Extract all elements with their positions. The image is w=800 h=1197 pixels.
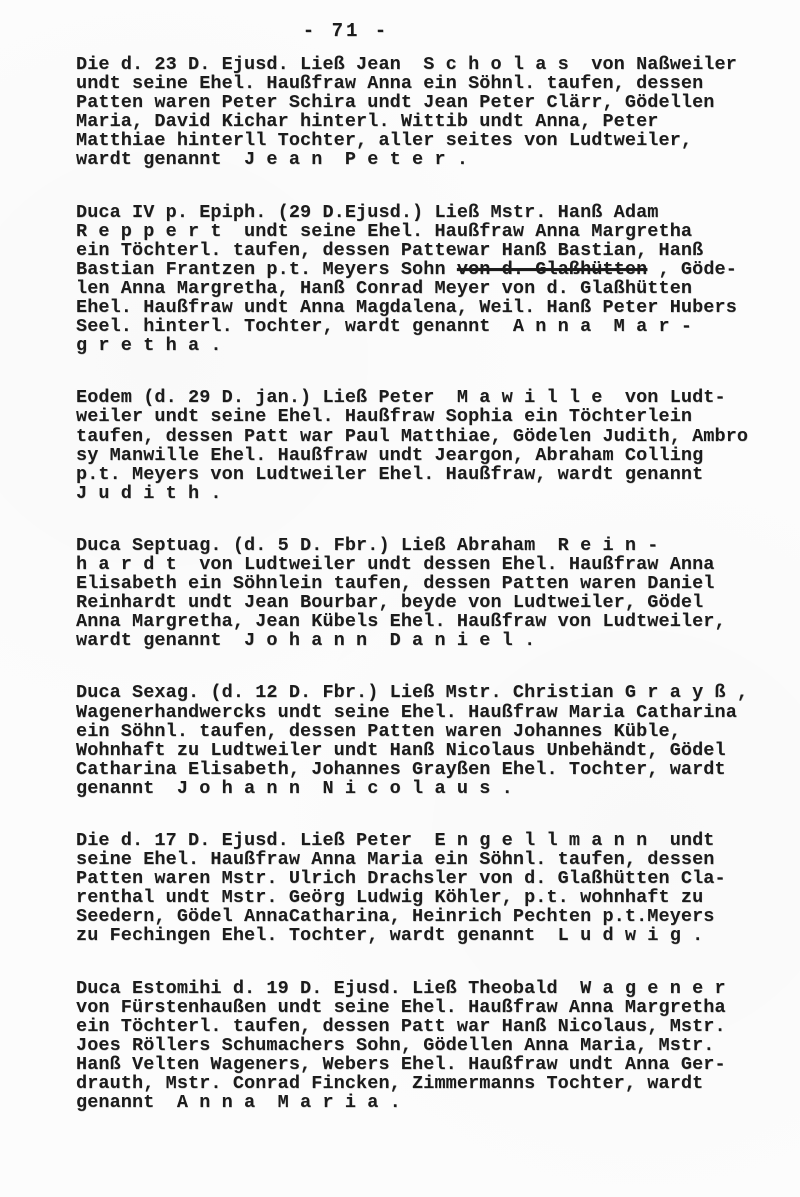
text-segment: renthal undt Mstr. Geörg Ludwig Köhler, … [76, 887, 703, 908]
entry-line: Reinhardt undt Jean Bourbar, beyde von L… [76, 593, 782, 612]
text-segment: Joes Röllers Schumachers Sohn, Gödellen … [76, 1035, 715, 1056]
entry-line: Maria, David Kichar hinterl. Wittib undt… [76, 112, 782, 131]
document-page: - 71 - Die d. 23 D. Ejusd. Ließ Jean S c… [0, 0, 800, 1197]
entry-line: von Fürstenhaußen undt seine Ehel. Haußf… [76, 998, 782, 1017]
text-segment: wardt genannt J e a n P e t e r . [76, 149, 468, 170]
text-segment: drauth, Mstr. Conrad Fincken, Zimmermann… [76, 1073, 703, 1094]
text-segment: Patten waren Mstr. Ulrich Drachsler von … [76, 868, 726, 889]
entry-line: ein Söhnl. taufen, dessen Patten waren J… [76, 722, 782, 741]
text-segment: g r e t h a . [76, 335, 222, 356]
text-segment: sy Manwille Ehel. Haußfraw undt Jeargon,… [76, 445, 703, 466]
text-segment: seine Ehel. Haußfraw Anna Maria ein Söhn… [76, 849, 715, 870]
text-segment: Wagenerhandwercks undt seine Ehel. Haußf… [76, 702, 737, 723]
entry-line: J u d i t h . [76, 484, 782, 503]
text-segment: Duca Sexag. (d. 12 D. Fbr.) Ließ Mstr. C… [76, 682, 748, 703]
entry-line: Eodem (d. 29 D. jan.) Ließ Peter M a w i… [76, 388, 782, 407]
entry-line: R e p p e r t undt seine Ehel. Haußfraw … [76, 222, 782, 241]
entries-container: Die d. 23 D. Ejusd. Ließ Jean S c h o l … [76, 55, 782, 1112]
entry-line: Patten waren Peter Schira undt Jean Pete… [76, 93, 782, 112]
text-segment: Duca Septuag. (d. 5 D. Fbr.) Ließ Abraha… [76, 535, 659, 556]
text-segment: p.t. Meyers von Ludtweiler Ehel. Haußfra… [76, 464, 703, 485]
text-segment: weiler undt seine Ehel. Haußfraw Sophia … [76, 406, 692, 427]
entry-line: undt seine Ehel. Haußfraw Anna ein Söhnl… [76, 74, 782, 93]
text-segment: R e p p e r t undt seine Ehel. Haußfraw … [76, 221, 692, 242]
entry-line: wardt genannt J e a n P e t e r . [76, 150, 782, 169]
entry-line: Wohnhaft zu Ludtweiler undt Hanß Nicolau… [76, 741, 782, 760]
text-segment: Duca IV p. Epiph. (29 D.Ejusd.) Ließ Mst… [76, 202, 659, 223]
entry-line: h a r d t von Ludtweiler undt dessen Ehe… [76, 555, 782, 574]
entry-line: p.t. Meyers von Ludtweiler Ehel. Haußfra… [76, 465, 782, 484]
text-segment: zu Fechingen Ehel. Tochter, wardt genann… [76, 925, 703, 946]
entry-line: Duca Septuag. (d. 5 D. Fbr.) Ließ Abraha… [76, 536, 782, 555]
entry-line: Duca IV p. Epiph. (29 D.Ejusd.) Ließ Mst… [76, 203, 782, 222]
baptism-entry: Duca Septuag. (d. 5 D. Fbr.) Ließ Abraha… [76, 536, 782, 651]
baptism-entry: Eodem (d. 29 D. jan.) Ließ Peter M a w i… [76, 388, 782, 503]
text-segment: Ehel. Haußfraw undt Anna Magdalena, Weil… [76, 297, 737, 318]
entry-line: Joes Röllers Schumachers Sohn, Gödellen … [76, 1036, 782, 1055]
entry-line: Seedern, Gödel AnnaCatharina, Heinrich P… [76, 907, 782, 926]
text-segment: ein Söhnl. taufen, dessen Patten waren J… [76, 721, 681, 742]
text-segment: Reinhardt undt Jean Bourbar, beyde von L… [76, 592, 703, 613]
baptism-entry: Duca IV p. Epiph. (29 D.Ejusd.) Ließ Mst… [76, 203, 782, 356]
entry-line: g r e t h a . [76, 336, 782, 355]
entry-line: Seel. hinterl. Tochter, wardt genannt A … [76, 317, 782, 336]
text-segment: Die d. 17 D. Ejusd. Ließ Peter E n g e l… [76, 830, 715, 851]
entry-line: zu Fechingen Ehel. Tochter, wardt genann… [76, 926, 782, 945]
text-segment: Die d. 23 D. Ejusd. Ließ Jean S c h o l … [76, 54, 737, 75]
entry-line: genannt J o h a n n N i c o l a u s . [76, 779, 782, 798]
baptism-entry: Die d. 17 D. Ejusd. Ließ Peter E n g e l… [76, 831, 782, 946]
entry-line: genannt A n n a M a r i a . [76, 1093, 782, 1112]
text-segment: genannt A n n a M a r i a . [76, 1092, 401, 1113]
text-segment: Seel. hinterl. Tochter, wardt genannt A … [76, 316, 692, 337]
entry-line: Ehel. Haußfraw undt Anna Magdalena, Weil… [76, 298, 782, 317]
text-segment: Anna Margretha, Jean Kübels Ehel. Haußfr… [76, 611, 726, 632]
entry-line: drauth, Mstr. Conrad Fincken, Zimmermann… [76, 1074, 782, 1093]
text-segment: Maria, David Kichar hinterl. Wittib undt… [76, 111, 659, 132]
text-segment: ein Töchterl. taufen, dessen Pattewar Ha… [76, 240, 703, 261]
entry-line: Catharina Elisabeth, Johannes Grayßen Eh… [76, 760, 782, 779]
text-segment: len Anna Margretha, Hanß Conrad Meyer vo… [76, 278, 692, 299]
text-segment: wardt genannt J o h a n n D a n i e l . [76, 630, 535, 651]
struck-text: von d. Glaßhütten [457, 259, 647, 280]
entry-line: renthal undt Mstr. Geörg Ludwig Köhler, … [76, 888, 782, 907]
text-segment: Seedern, Gödel AnnaCatharina, Heinrich P… [76, 906, 715, 927]
text-segment: ein Töchterl. taufen, dessen Patt war Ha… [76, 1016, 726, 1037]
entry-line: Hanß Velten Wageners, Webers Ehel. Haußf… [76, 1055, 782, 1074]
entry-line: taufen, dessen Patt war Paul Matthiae, G… [76, 427, 782, 446]
entry-line: Duca Estomihi d. 19 D. Ejusd. Ließ Theob… [76, 979, 782, 998]
entry-line: ein Töchterl. taufen, dessen Patt war Ha… [76, 1017, 782, 1036]
text-segment: J u d i t h . [76, 483, 222, 504]
entry-line: Die d. 17 D. Ejusd. Ließ Peter E n g e l… [76, 831, 782, 850]
baptism-entry: Duca Estomihi d. 19 D. Ejusd. Ließ Theob… [76, 979, 782, 1113]
entry-line: Bastian Frantzen p.t. Meyers Sohn von d.… [76, 260, 782, 279]
baptism-entry: Duca Sexag. (d. 12 D. Fbr.) Ließ Mstr. C… [76, 683, 782, 798]
entry-line: Wagenerhandwercks undt seine Ehel. Haußf… [76, 703, 782, 722]
entry-line: Die d. 23 D. Ejusd. Ließ Jean S c h o l … [76, 55, 782, 74]
text-segment: Catharina Elisabeth, Johannes Grayßen Eh… [76, 759, 726, 780]
text-segment: Wohnhaft zu Ludtweiler undt Hanß Nicolau… [76, 740, 726, 761]
text-segment: genannt J o h a n n N i c o l a u s . [76, 778, 513, 799]
text-segment: Elisabeth ein Söhnlein taufen, dessen Pa… [76, 573, 715, 594]
text-segment: Hanß Velten Wageners, Webers Ehel. Haußf… [76, 1054, 726, 1075]
text-segment: h a r d t von Ludtweiler undt dessen Ehe… [76, 554, 715, 575]
text-segment: Duca Estomihi d. 19 D. Ejusd. Ließ Theob… [76, 978, 726, 999]
entry-line: sy Manwille Ehel. Haußfraw undt Jeargon,… [76, 446, 782, 465]
text-segment: Bastian Frantzen p.t. Meyers Sohn [76, 259, 457, 280]
baptism-entry: Die d. 23 D. Ejusd. Ließ Jean S c h o l … [76, 55, 782, 170]
entry-line: Elisabeth ein Söhnlein taufen, dessen Pa… [76, 574, 782, 593]
entry-line: Duca Sexag. (d. 12 D. Fbr.) Ließ Mstr. C… [76, 683, 782, 702]
entry-line: wardt genannt J o h a n n D a n i e l . [76, 631, 782, 650]
entry-line: weiler undt seine Ehel. Haußfraw Sophia … [76, 407, 782, 426]
entry-line: len Anna Margretha, Hanß Conrad Meyer vo… [76, 279, 782, 298]
entry-line: Matthiae hinterll Tochter, aller seites … [76, 131, 782, 150]
text-segment: undt seine Ehel. Haußfraw Anna ein Söhnl… [76, 73, 703, 94]
entry-line: Anna Margretha, Jean Kübels Ehel. Haußfr… [76, 612, 782, 631]
text-segment: taufen, dessen Patt war Paul Matthiae, G… [76, 426, 748, 447]
entry-line: ein Töchterl. taufen, dessen Pattewar Ha… [76, 241, 782, 260]
text-segment: Patten waren Peter Schira undt Jean Pete… [76, 92, 715, 113]
text-segment: , Göde- [647, 259, 737, 280]
page-number: - 71 - [76, 20, 616, 42]
entry-line: seine Ehel. Haußfraw Anna Maria ein Söhn… [76, 850, 782, 869]
text-segment: von Fürstenhaußen undt seine Ehel. Haußf… [76, 997, 726, 1018]
text-segment: Matthiae hinterll Tochter, aller seites … [76, 130, 692, 151]
entry-line: Patten waren Mstr. Ulrich Drachsler von … [76, 869, 782, 888]
text-segment: Eodem (d. 29 D. jan.) Ließ Peter M a w i… [76, 387, 726, 408]
